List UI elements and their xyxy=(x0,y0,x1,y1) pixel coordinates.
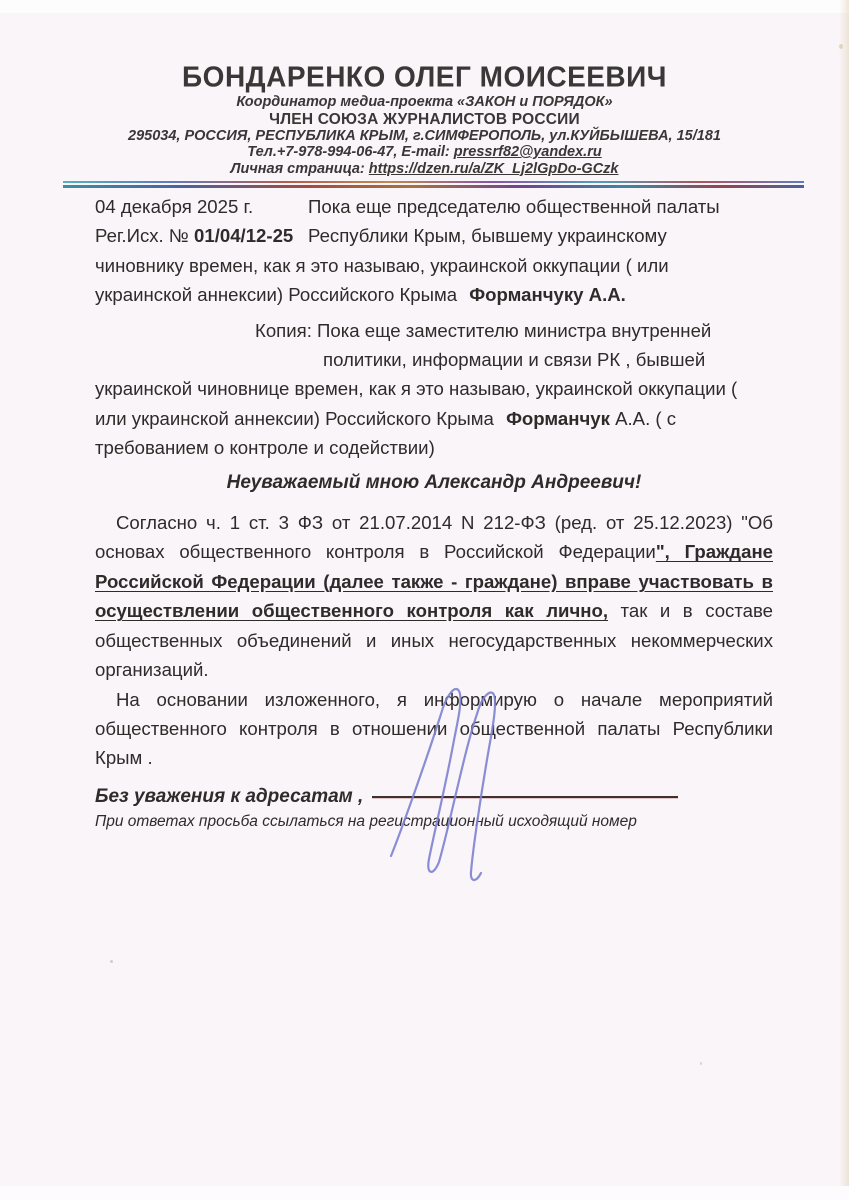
salutation: Неуважаемый мною Александр Андреевич! xyxy=(95,468,773,497)
copy-line-4-suffix: А.А. ( с xyxy=(610,408,676,429)
separator-line-top xyxy=(63,181,804,183)
reg-number-line: Рег.Исх. № 01/04/12-25 xyxy=(95,221,308,250)
letterhead-contacts: Тел.+7-978-994-06-47, E-mail: pressrf82@… xyxy=(0,144,849,161)
copy-line-4-text: или украинской аннексии) Российского Кры… xyxy=(95,408,499,429)
scan-speck xyxy=(110,960,113,963)
addressee-line-4-text: украинской аннексии) Российского Крыма xyxy=(95,284,462,305)
letterhead-name: БОНДАРЕНКО ОЛЕГ МОИСЕЕВИЧ xyxy=(0,59,849,94)
addressee-name: Форманчуку А.А. xyxy=(469,284,626,305)
paragraph-notification: На основании изложенного, я информирую о… xyxy=(95,685,773,773)
letterhead-address: 295034, РОССИЯ, РЕСПУБЛИКА КРЫМ, г.СИМФЕ… xyxy=(0,128,849,145)
reg-number: 01/04/12-25 xyxy=(194,225,293,246)
scan-speck xyxy=(700,1062,702,1065)
personal-page-label: Личная страница: xyxy=(231,161,369,177)
copy-addressee-name: Форманчук xyxy=(506,408,610,429)
paragraph-legal-basis: Согласно ч. 1 ст. 3 ФЗ от 21.07.2014 N 2… xyxy=(95,508,773,684)
copy-block: Копия: Пока еще заместителю министра вну… xyxy=(95,316,773,463)
letterhead-membership: ЧЛЕН СОЮЗА ЖУРНАЛИСТОВ РОССИИ xyxy=(0,111,849,128)
scan-edge-bottom xyxy=(0,1186,849,1200)
addressee-line-4: украинской аннексии) Российского Крыма Ф… xyxy=(95,280,773,309)
reg-label: Рег.Исх. № xyxy=(95,225,194,246)
email-link: pressrf82@yandex.ru xyxy=(454,144,602,160)
meta-row-reg: Рег.Исх. № 01/04/12-25 Республики Крым, … xyxy=(95,221,773,250)
signature-line xyxy=(372,796,678,798)
letter-date: 04 декабря 2025 г. xyxy=(95,192,308,221)
personal-page-link: https://dzen.ru/a/ZK_Lj2lGpDo-GCzk xyxy=(369,161,619,177)
letterhead-role: Координатор медиа-проекта «ЗАКОН и ПОРЯД… xyxy=(0,94,849,111)
copy-line-3: украинской чиновнице времен, как я это н… xyxy=(95,374,773,403)
copy-line-5: требованием о контроле и содействии) xyxy=(95,433,773,462)
copy-line-2: политики, информации и связи РК , бывшей xyxy=(95,345,773,374)
letterhead: БОНДАРЕНКО ОЛЕГ МОИСЕЕВИЧ Координатор ме… xyxy=(0,60,849,177)
signoff-text: Без уважения к адресатам , xyxy=(95,786,363,807)
separator-line-bottom xyxy=(63,185,804,188)
scan-edge-top xyxy=(0,0,849,13)
signoff-line: Без уважения к адресатам , xyxy=(95,782,773,811)
addressee-line-2: Республики Крым, бывшему украинскому xyxy=(308,221,667,250)
letterhead-separator xyxy=(63,181,804,188)
copy-line-1: Копия: Пока еще заместителю министра вну… xyxy=(95,316,773,345)
addressee-line-1: Пока еще председателю общественной палат… xyxy=(308,192,720,221)
letterhead-personal-page: Личная страница: https://dzen.ru/a/ZK_Lj… xyxy=(0,161,849,178)
scan-speck xyxy=(839,44,843,49)
copy-line-4: или украинской аннексии) Российского Кры… xyxy=(95,404,773,433)
reference-note: При ответах просьба ссылаться на регистр… xyxy=(95,811,773,833)
scan-edge-right xyxy=(839,0,849,1200)
letter-body: 04 декабря 2025 г. Пока еще председателю… xyxy=(95,192,773,833)
meta-row-date: 04 декабря 2025 г. Пока еще председателю… xyxy=(95,192,773,221)
addressee-line-3: чиновнику времен, как я это называю, укр… xyxy=(95,251,773,280)
phone-email-label: Тел.+7-978-994-06-47, E-mail: xyxy=(247,144,454,160)
